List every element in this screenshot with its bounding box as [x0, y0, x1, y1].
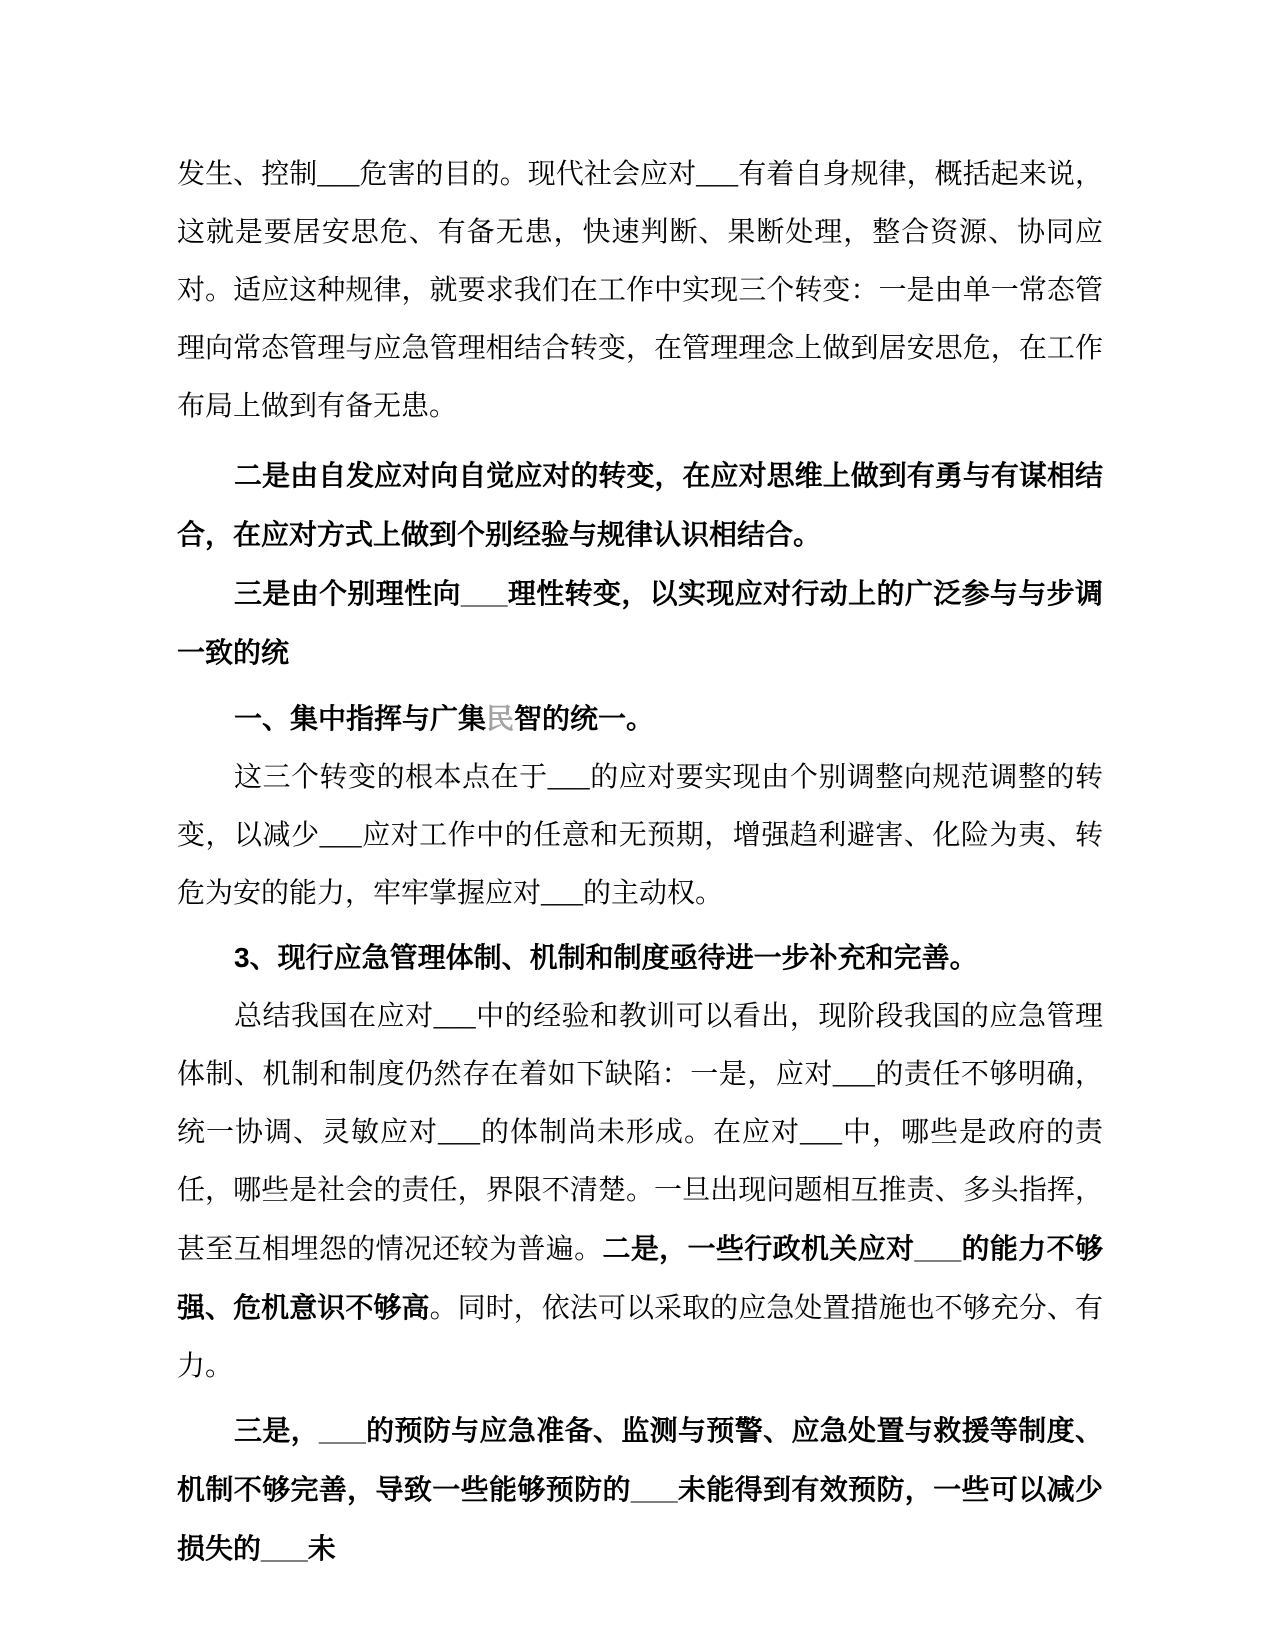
text-run: 发生、控制___危害的目的。现代社会应对___有着自身规律，概括起来说，这就是要…: [177, 159, 1103, 422]
text-run: 一、集中指挥与广集: [234, 703, 486, 734]
text-run: 智的统一。: [514, 703, 654, 734]
text-run: 总结我国在应对___中的经验和教训可以看出，现阶段我国的应急管理体制、机制和制度…: [177, 1001, 1103, 1265]
para-root-point: 这三个转变的根本点在于___的应对要实现由个别调整向规范调整的转变，以减少___…: [177, 749, 1103, 923]
document-content: 发生、控制___危害的目的。现代社会应对___有着自身规律，概括起来说，这就是要…: [177, 146, 1103, 1579]
para-third-defect: 三是，___的预防与应急准备、监测与预警、应急处置与救援等制度、机制不够完善，导…: [177, 1402, 1103, 1579]
text-run: 三是由个别理性向___理性转变，以实现应对行动上的广泛参与与步调一致的统: [177, 578, 1103, 668]
para-third-change: 三是由个别理性向___理性转变，以实现应对行动上的广泛参与与步调一致的统: [177, 565, 1103, 683]
para-second-change: 二是由自发应对向自觉应对的转变，在应对思维上做到有勇与有谋相结合，在应对方式上做…: [177, 447, 1103, 565]
para-summary-defects: 总结我国在应对___中的经验和教训可以看出，现阶段我国的应急管理体制、机制和制度…: [177, 988, 1103, 1396]
text-run: 3、现行应急管理体制、机制和制度亟待进一步补充和完善。: [234, 942, 978, 973]
text-run: 民: [486, 703, 514, 734]
document-page: 发生、控制___危害的目的。现代社会应对___有着自身规律，概括起来说，这就是要…: [0, 0, 1275, 1650]
text-run: 三是，___的预防与应急准备、监测与预警、应急处置与救援等制度、机制不够完善，导…: [177, 1415, 1103, 1564]
heading-unified-command: 一、集中指挥与广集民智的统一。: [177, 690, 1103, 749]
heading-item-3: 3、现行应急管理体制、机制和制度亟待进一步补充和完善。: [177, 929, 1103, 988]
text-run: 这三个转变的根本点在于___的应对要实现由个别调整向规范调整的转变，以减少___…: [177, 762, 1103, 909]
para-continuation: 发生、控制___危害的目的。现代社会应对___有着自身规律，概括起来说，这就是要…: [177, 146, 1103, 436]
text-run: 二是由自发应对向自觉应对的转变，在应对思维上做到有勇与有谋相结合，在应对方式上做…: [177, 460, 1103, 550]
